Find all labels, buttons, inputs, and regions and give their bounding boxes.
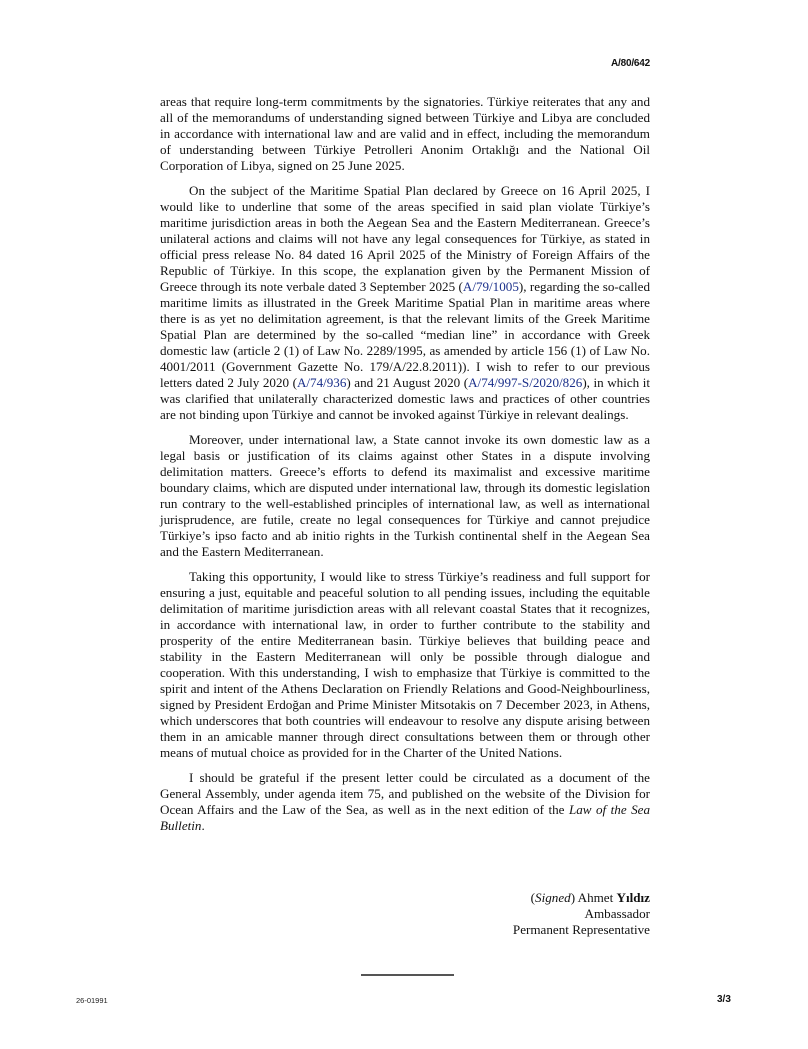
text-segment: Taking this opportunity, I would like to… (160, 569, 650, 761)
signature-line: (Signed) Ahmet Yıldız (513, 890, 650, 906)
text-segment: On the subject of the Maritime Spatial P… (160, 183, 650, 294)
signatory-first-name: Ahmet (578, 890, 614, 905)
document-page: A/80/642 areas that require long-term co… (0, 0, 808, 1049)
signed-label: Signed (535, 890, 571, 905)
end-of-document-rule (361, 974, 454, 976)
signatory-position: Permanent Representative (513, 922, 650, 938)
text-segment: . (201, 818, 204, 833)
document-symbol: A/80/642 (611, 58, 650, 69)
paragraph: Taking this opportunity, I would like to… (160, 569, 650, 762)
document-link[interactable]: A/74/997-S/2020/826 (468, 375, 582, 390)
paragraph: I should be grateful if the present lett… (160, 770, 650, 834)
text-segment: ), regarding the so-called maritime limi… (160, 279, 650, 390)
signatory-title: Ambassador (513, 906, 650, 922)
letter-body: areas that require long-term commitments… (160, 94, 650, 843)
signature-block: (Signed) Ahmet Yıldız Ambassador Permane… (513, 890, 650, 939)
text-segment: Moreover, under international law, a Sta… (160, 432, 650, 559)
paragraph: Moreover, under international law, a Sta… (160, 432, 650, 560)
document-link[interactable]: A/74/936 (297, 375, 346, 390)
paragraph: On the subject of the Maritime Spatial P… (160, 183, 650, 424)
paragraph: areas that require long-term commitments… (160, 94, 650, 174)
text-segment: ) and 21 August 2020 ( (346, 375, 468, 390)
document-link[interactable]: A/79/1005 (463, 279, 519, 294)
job-number: 26-01991 (76, 996, 108, 1005)
page-number: 3/3 (717, 994, 731, 1005)
text-segment: areas that require long-term commitments… (160, 94, 650, 173)
signatory-surname: Yıldız (617, 890, 650, 905)
